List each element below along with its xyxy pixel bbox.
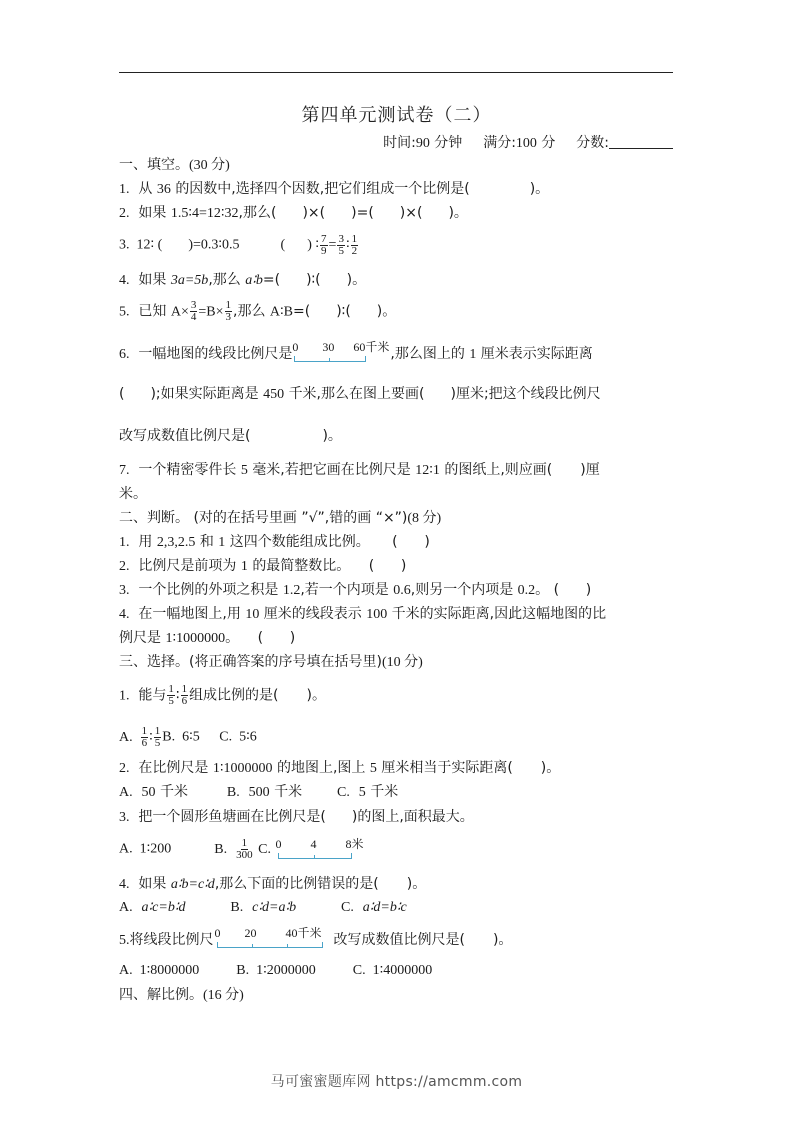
answer-paren[interactable]: ( ) [554,582,592,598]
section-2-instruction: (对的在括号里画 ”√”,错的画 “×”) [189,510,407,526]
top-rule [119,72,673,73]
equals: = [329,238,337,253]
colon: ∶ [176,688,180,704]
time-unit: 分钟 [434,135,462,151]
s3-question-3: 3. 把一个圆形鱼塘画在比例尺是()的图上,面积最大。 [119,808,474,827]
s3-question-5-options: A. 1∶8000000 B. 1∶2000000 C. 1∶4000000 [119,962,432,980]
exam-meta: 时间:90 分钟 满分:100 分 分数: [383,132,673,152]
question-text: 一个比例的外项之积是 [138,582,278,598]
operator: )×( [302,205,325,221]
number: 450 [263,387,284,402]
s1-question-7: 7. 一个精密零件长 5 毫米,若把它画在比例尺是 12∶1 的图纸上,则应画(… [119,461,600,480]
question-text: 已知 [138,304,166,320]
score-blank[interactable] [609,134,673,149]
section-2-title: 二、判断。 [119,510,189,526]
question-text: )厘 [580,462,599,478]
number: 5 [370,761,377,776]
question-text: 能与 [138,688,166,704]
question-text: )。 [493,932,512,948]
section-4-points: (16 分) [203,988,244,1003]
section-3-heading: 三、选择。(将正确答案的序号填在括号里)(10 分) [119,653,423,672]
option-c[interactable]: C. a∶d=b∶c [341,899,407,915]
fraction: 79 [320,234,328,257]
question-number: 3. [119,810,130,825]
question-number: 2. [119,559,130,574]
colon: ∶ [315,238,319,253]
section-4-title: 四、解比例。 [119,987,203,1003]
score-label: 分数: [576,135,609,151]
expression: =B× [198,305,223,320]
equation: )=0.3∶0.5 [188,238,239,253]
question-text: 厘米的线段表示 [264,606,362,622]
section-2-points: (8 分) [407,511,441,526]
question-text: )。 [347,272,366,288]
question-text: ,若一个内项是 [300,582,388,598]
option-c[interactable]: C. 1∶4000000 [353,963,433,978]
s1-question-2: 2. 如果 1.5∶4=12∶32,那么()×()=()×()。 [119,204,468,223]
s3-question-1-options: A. 16∶15B. 6∶5 C. 5∶6 [119,726,257,749]
question-text: 的图纸上,则应画( [444,462,552,478]
footer-watermark: 马可蜜蜜题库网 https://amcmm.com [0,1071,793,1091]
section-3-title: 三、选择。 [119,654,189,670]
question-text: 将线段比例尺 [130,932,214,948]
question-text: 和 [200,534,214,550]
paren: ( [119,386,124,402]
option-b[interactable]: B. 6∶5 [162,730,199,745]
question-text: )。 [377,304,396,320]
number: 1.2 [283,583,301,598]
number: 2,3,2.5 [157,535,196,550]
operator: )×( [400,205,423,221]
option-b[interactable]: B. 500 千米 [227,784,302,800]
question-text: 的因数中,选择四个因数,把它们组成一个比例是( [175,181,469,197]
question-text: ,则另一个内项是 [411,582,513,598]
s2-item-4-line2: 例尺是 1∶1000000。 ( ) [119,629,295,648]
question-text: 如果 [138,272,166,288]
question-text: 。 [225,630,239,646]
number: 1 [218,535,225,550]
fraction: 13 [225,300,233,323]
number: 0.6 [393,583,411,598]
question-text: 在一幅地图上,用 [138,606,240,622]
ratio: A∶B [270,305,293,320]
question-text: 比例尺是前项为 [138,558,236,574]
time-label: 时间: [383,135,416,151]
fraction: 15 [167,684,175,707]
ratio: a∶b [245,273,263,288]
s1-question-5: 5. 已知 A×34=B×13,那么 A∶B=()∶()。 [119,300,396,323]
option-a[interactable]: A. 1∶8000000 [119,963,199,978]
question-text: 把一个圆形鱼塘画在比例尺是( [138,809,325,825]
s3-question-4: 4. 如果 a∶b=c∶d,那么下面的比例错误的是()。 [119,875,426,894]
fraction: 34 [190,300,198,323]
question-number: 3. [119,583,130,598]
question-text: 在比例尺是 [138,760,208,776]
operator: )=( [351,205,374,221]
ratio: 1∶1000000 [213,761,273,776]
scale-label: 30 [322,341,334,353]
operator: =( [293,304,310,320]
question-text: ,那么 [208,272,240,288]
question-text: ,那么( [239,205,277,221]
s1-question-6: 6. 一幅地图的线段比例尺是 0 30 60千米 ,那么图上的 1 厘米表示实际… [119,342,593,364]
s3-question-3-options: A. 1∶200 B. 1300 C. 0 4 8米 [119,838,356,861]
question-text: 例尺是 [119,630,161,646]
answer-paren[interactable]: ( ) [369,558,407,574]
question-text: 一个精密零件长 [138,462,236,478]
question-text: 。 [535,582,549,598]
paren: ) [307,238,312,253]
question-text: )。 [448,205,467,221]
s1-question-3: 3. 12∶ ()=0.3∶0.5 () ∶79=35∶12 [119,234,359,257]
full-score-value: 100 [516,136,537,151]
answer-paren[interactable]: ( ) [392,534,430,550]
line-scale-bar: 0 4 8米 [274,839,356,861]
question-text: )。 [530,181,549,197]
question-text: 从 [138,181,152,197]
question-number: 2. [119,206,130,221]
question-text: 一幅地图的线段比例尺是 [138,346,292,362]
number: 1 [469,347,476,362]
time-value: 90 [416,136,430,151]
fraction: 16 [181,684,189,707]
section-1-heading: 一、填空。(30 分) [119,156,230,175]
equation: 12∶ [137,238,155,253]
ratio: 1∶1000000 [165,631,225,646]
section-2-heading: 二、判断。 (对的在括号里画 ”√”,错的画 “×”)(8 分) [119,509,441,528]
s3-question-5: 5.将线段比例尺 0 20 40千米 改写成数值比例尺是()。 [119,928,512,950]
answer-paren[interactable]: ( ) [258,630,296,646]
s3-question-4-options: A. a∶c=b∶d B. c∶d=a∶b C. a∶d=b∶c [119,898,407,917]
number: 100 [366,607,387,622]
page-title: 第四单元测试卷（二） [0,101,793,127]
question-text: )。 [322,428,341,444]
number: 1 [241,559,248,574]
question-text: 这四个数能组成比例。 [230,534,370,550]
operator: =( [263,272,280,288]
question-number: 3. [119,238,130,253]
option-b[interactable]: B. c∶d=a∶b [230,899,296,915]
line-scale-bar: 0 20 40千米 [214,928,334,950]
question-text: );如果实际距离是 [150,386,258,402]
scale-label: 60千米 [353,341,389,353]
section-4-heading: 四、解比例。(16 分) [119,986,244,1005]
section-1-title: 一、填空。 [119,157,189,173]
s2-item-4: 4. 在一幅地图上,用 10 厘米的线段表示 100 千米的实际距离,因此这幅地… [119,605,606,624]
s1-question-6-line2: ();如果实际距离是 450 千米,那么在图上要画()厘米;把这个线段比例尺 [119,385,601,404]
equation: 1.5∶4=12∶32 [171,206,239,221]
option-c[interactable]: C. 5∶6 [219,730,256,745]
s1-question-4: 4. 如果 3a=5b,那么 a∶b=()∶()。 [119,271,366,290]
s3-question-1: 1. 能与15∶16组成比例的是()。 [119,684,326,707]
question-text: 的地图上,图上 [277,760,365,776]
question-text: )。 [307,688,326,704]
s3-question-2: 2. 在比例尺是 1∶1000000 的地图上,图上 5 厘米相当于实际距离()… [119,759,560,778]
full-score-label: 满分: [483,135,516,151]
option-b[interactable]: B. 1300 [214,842,254,857]
question-number: 6. [119,347,130,362]
question-text: 千米的实际距离,因此这幅地图的比 [392,606,606,622]
question-text: 如果 [138,876,166,892]
line-scale-bar: 0 30 60千米 [292,342,390,364]
number: 10 [245,607,259,622]
colon: ∶ [346,238,350,253]
question-number: 1. [119,182,130,197]
question-text: ,那么 [233,304,265,320]
s2-item-3: 3. 一个比例的外项之积是 1.2,若一个内项是 0.6,则另一个内项是 0.2… [119,581,591,600]
option-a[interactable]: A. 50 千米 [119,784,188,800]
question-number: 5. [119,933,130,948]
question-number: 4. [119,607,130,622]
equation: a∶b=c∶d [171,877,215,892]
question-text: 千米,那么在图上要画( [289,386,425,402]
question-text: 厘米相当于实际距离( [381,760,512,776]
s2-item-1: 1. 用 2,3,2.5 和 1 这四个数能组成比例。 ( ) [119,533,430,552]
option-a[interactable]: A. 16∶15 [119,730,162,745]
question-number: 4. [119,877,130,892]
question-text: 如果 [138,205,166,221]
question-number: 7. [119,463,130,478]
operator: )∶( [336,304,351,320]
ratio: 12∶1 [415,463,440,478]
section-1-points: (30 分) [189,158,230,173]
option-c[interactable]: C. 5 千米 [337,784,398,800]
number: 36 [157,182,171,197]
question-text: )厘米;把这个线段比例尺 [450,386,600,402]
option-c[interactable]: C. 0 4 8米 [258,842,356,857]
question-number: 5. [119,305,130,320]
question-text: )。 [407,876,426,892]
question-text: ,那么下面的比例错误的是( [215,876,379,892]
question-text: ,那么图上的 [390,346,464,362]
number: 0.2 [518,583,536,598]
s1-question-6-line3: 改写成数值比例尺是()。 [119,427,342,445]
section-3-points: (10 分) [382,655,423,670]
option-b[interactable]: B. 1∶2000000 [236,963,316,978]
question-number: 4. [119,273,130,288]
number: 5 [241,463,248,478]
question-text: 改写成数值比例尺是( [334,932,465,948]
s1-question-7-line2: 米。 [119,485,147,503]
paren: ( [158,238,163,253]
option-a[interactable]: A. a∶c=b∶d [119,899,185,915]
option-a[interactable]: A. 1∶200 [119,842,171,857]
fraction: 12 [351,234,359,257]
s2-item-2: 2. 比例尺是前项为 1 的最简整数比。 ( ) [119,557,406,576]
question-text: 的最简整数比。 [252,558,350,574]
equation: 3a=5b [171,273,208,288]
operator: )∶( [306,272,321,288]
paren: ( [281,238,286,253]
question-number: 2. [119,761,130,776]
question-text: 改写成数值比例尺是( [119,428,250,444]
question-number: 1. [119,689,130,704]
s3-question-2-options: A. 50 千米 B. 500 千米 C. 5 千米 [119,783,398,802]
question-text: 用 [138,534,152,550]
question-text: 毫米,若把它画在比例尺是 [252,462,410,478]
section-3-instruction: (将正确答案的序号填在括号里) [189,654,382,670]
question-text: )。 [541,760,560,776]
fraction: 35 [337,234,345,257]
question-text: 组成比例的是( [189,688,278,704]
expression: A× [171,305,189,320]
scale-label: 0 [292,341,298,353]
full-score-unit: 分 [541,135,555,151]
question-number: 1. [119,535,130,550]
question-text: )的图上,面积最大。 [352,809,474,825]
question-text: 厘米表示实际距离 [481,346,593,362]
s1-question-1: 1. 从 36 的因数中,选择四个因数,把它们组成一个比例是()。 [119,180,549,199]
